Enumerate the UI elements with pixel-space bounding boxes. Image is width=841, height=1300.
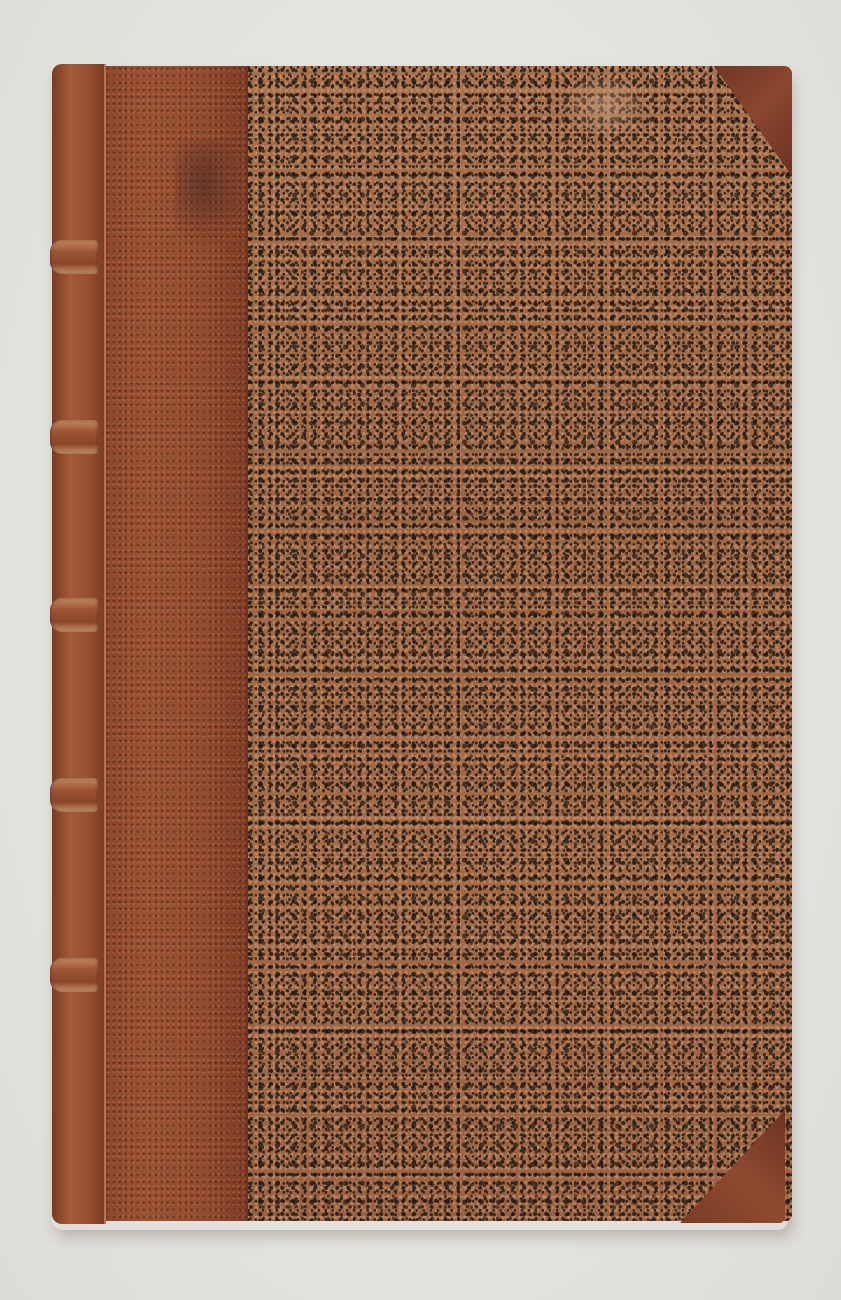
spine-raised-band [50,598,98,632]
spine-raised-band [50,958,98,992]
spine-raised-band [50,778,98,812]
book-spine-edge [52,64,106,1224]
spine-raised-band [50,240,98,274]
speckled-paper-board [236,66,792,1221]
spine-stain [175,140,245,250]
board-wear-mark [560,70,650,140]
spine-raised-band [50,420,98,454]
